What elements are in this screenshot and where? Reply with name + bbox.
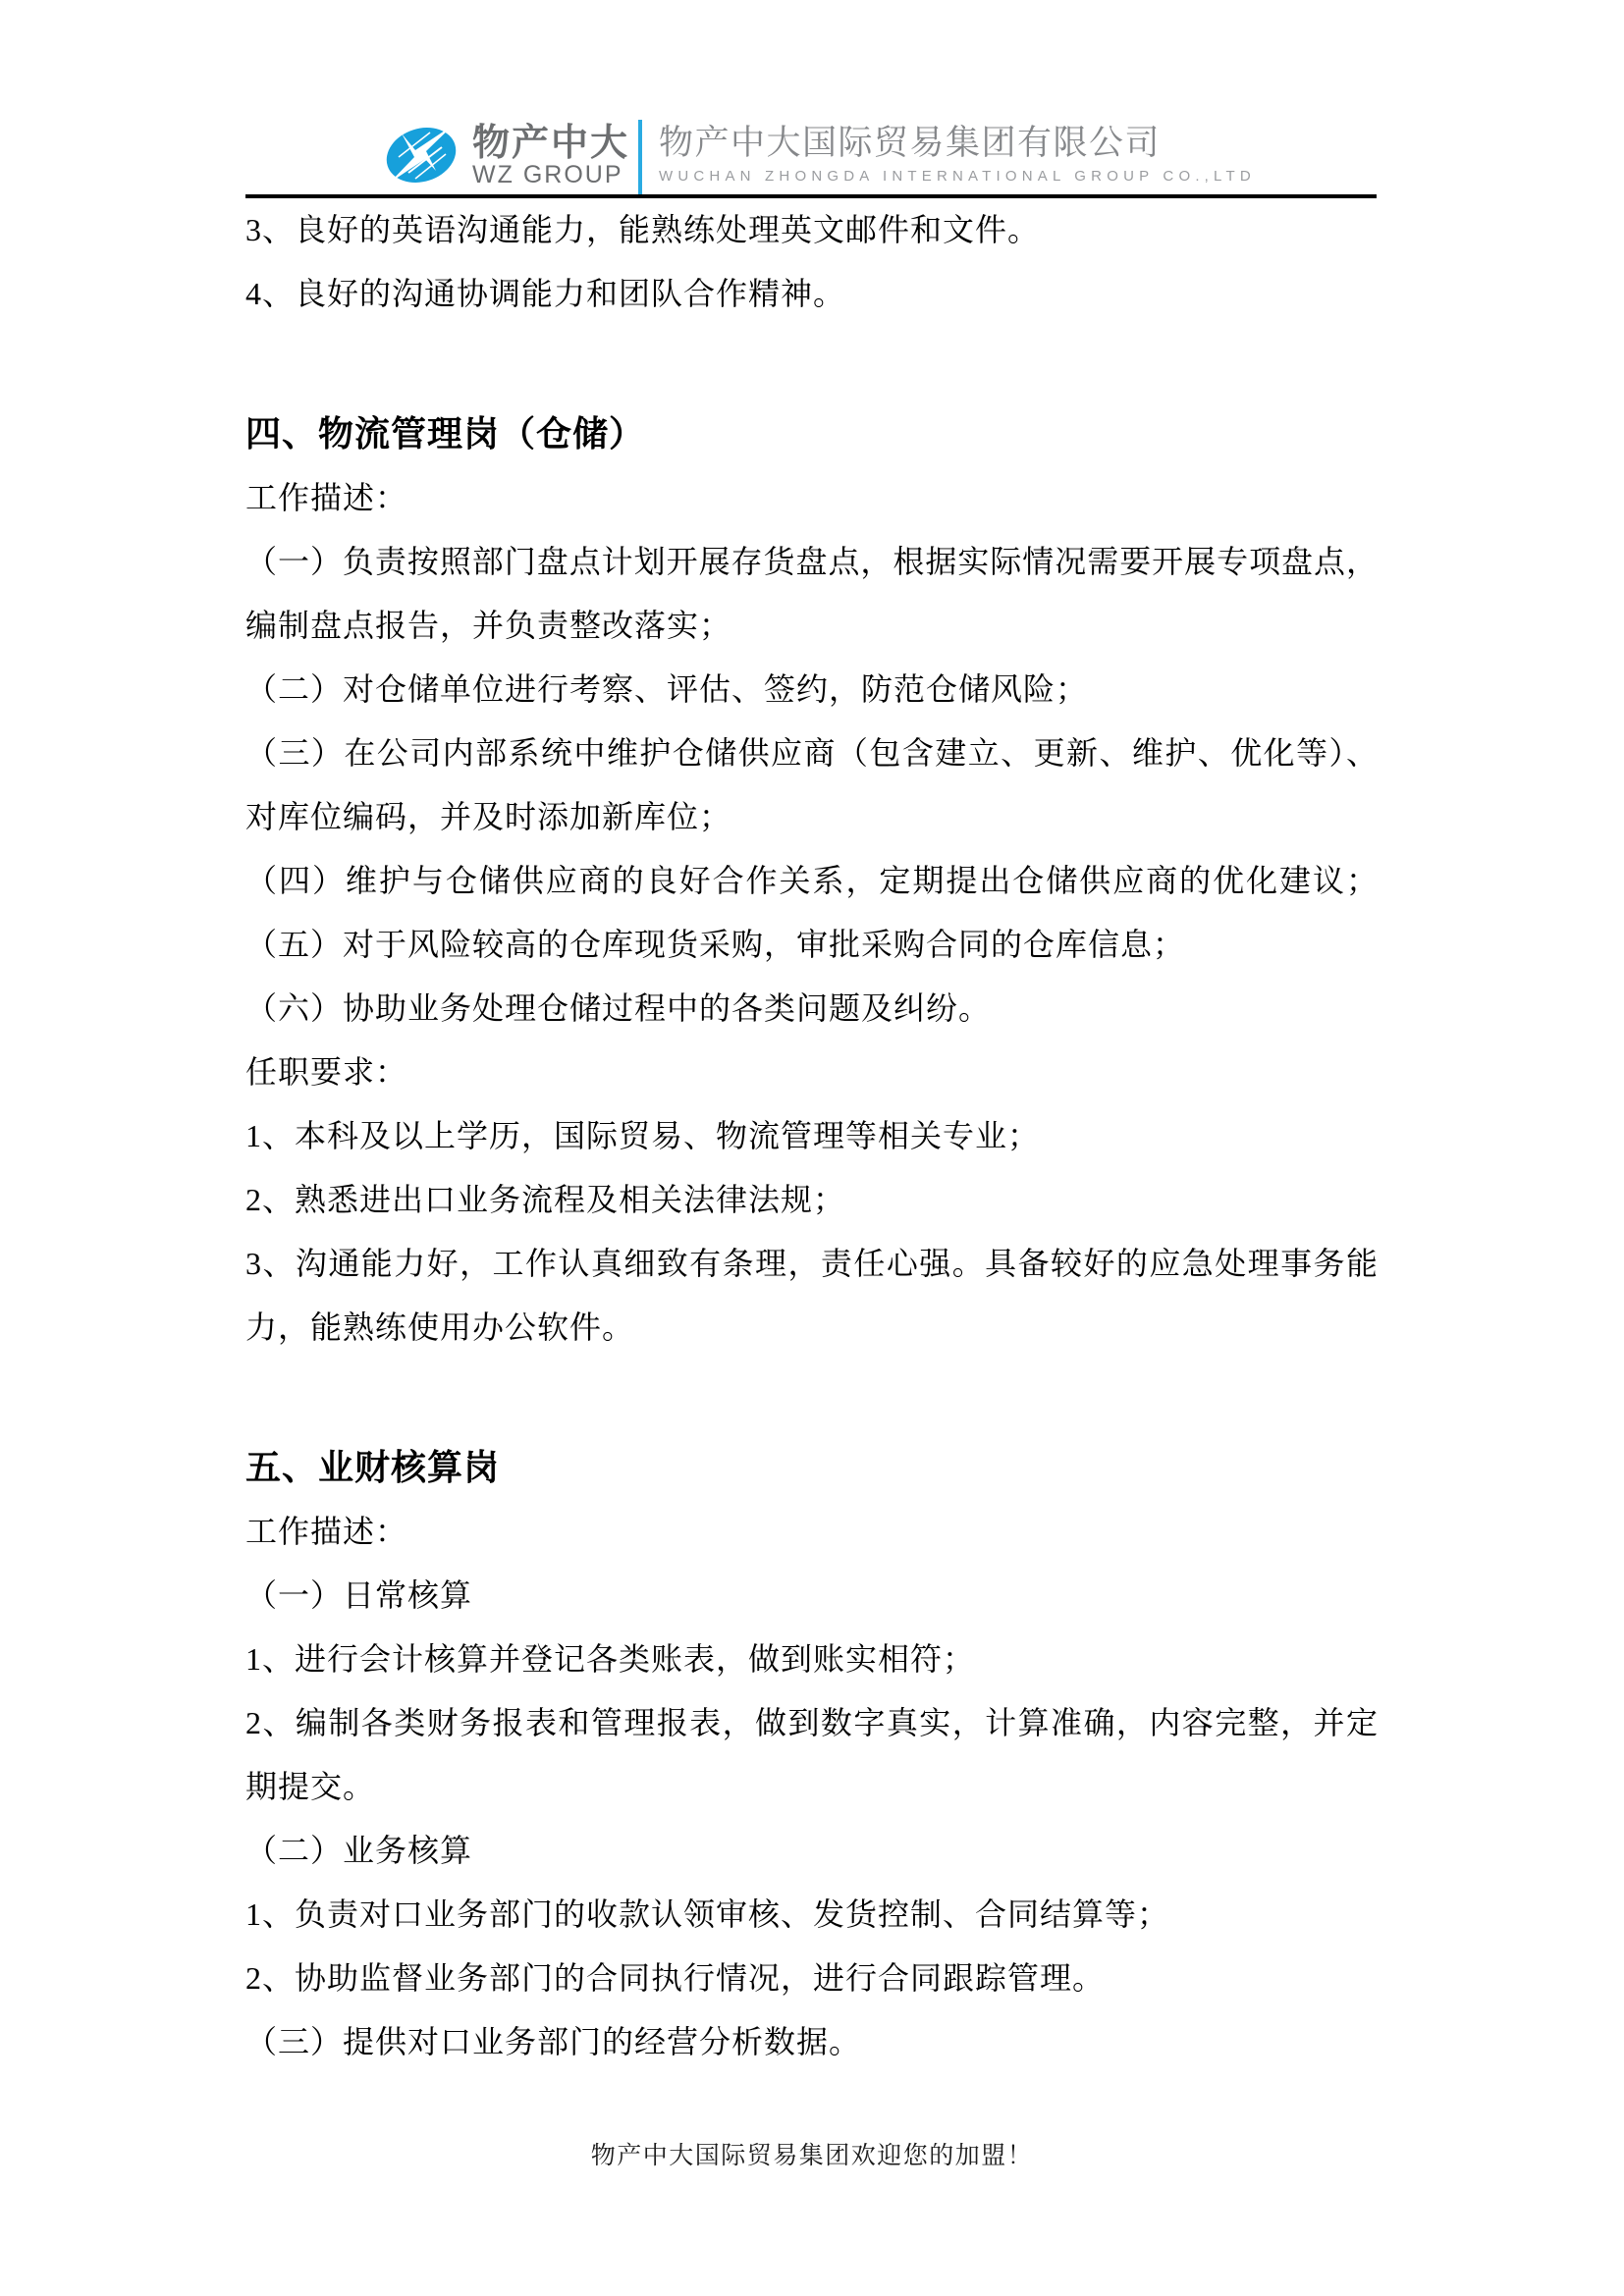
text-line: 4、良好的沟通协调能力和团队合作精神。 (245, 271, 1378, 316)
text-line: 2、协助监督业务部门的合同执行情况，进行合同跟踪管理。 (245, 1955, 1378, 2001)
wz-group-logo-icon (385, 124, 458, 187)
text-line: 编制盘点报告，并负责整改落实； (245, 603, 1378, 648)
text-line: 2、编制各类财务报表和管理报表，做到数字真实，计算准确，内容完整，并定 (245, 1700, 1378, 1745)
text-line: （二）业务核算 (245, 1828, 1378, 1873)
company-block: 物产中大国际贸易集团有限公司 WUCHAN ZHONGDA INTERNATIO… (659, 125, 1256, 185)
text-line: （一）日常核算 (245, 1573, 1378, 1618)
text-line: 3、沟通能力好，工作认真细致有条理，责任心强。具备较好的应急处理事务能 (245, 1241, 1378, 1286)
text-line: （二）对仓储单位进行考察、评估、签约，防范仓储风险； (245, 667, 1378, 712)
text-line: 1、进行会计核算并登记各类账表，做到账实相符； (245, 1636, 1378, 1682)
text-line: （五）对于风险较高的仓库现货采购，审批采购合同的仓库信息； (245, 922, 1378, 967)
text-line: （六）协助业务处理仓储过程中的各类问题及纠纷。 (245, 986, 1378, 1031)
text-line: 工作描述： (245, 1509, 1378, 1554)
text-line: 1、本科及以上学历，国际贸易、物流管理等相关专业； (245, 1113, 1378, 1158)
text-line: 3、良好的英语沟通能力，能熟练处理英文邮件和文件。 (245, 207, 1378, 252)
text-line: 对库位编码，并及时添加新库位； (245, 794, 1378, 839)
text-line: 1、负责对口业务部门的收款认领审核、发货控制、合同结算等； (245, 1892, 1378, 1937)
text-line: 2、熟悉进出口业务流程及相关法律法规； (245, 1177, 1378, 1222)
text-line: 期提交。 (245, 1764, 1378, 1809)
company-name-en: WUCHAN ZHONGDA INTERNATIONAL GROUP CO.,L… (659, 169, 1256, 185)
section-heading: 四、物流管理岗（仓储） (245, 411, 1378, 456)
text-line: 工作描述： (245, 475, 1378, 520)
company-name-cn: 物产中大国际贸易集团有限公司 (659, 125, 1256, 162)
brand-block: 物产中大 WZ GROUP (472, 124, 629, 187)
header-divider (638, 120, 642, 198)
text-line: （一）负责按照部门盘点计划开展存货盘点，根据实际情况需要开展专项盘点， (245, 539, 1378, 584)
text-line: 力，能熟练使用办公软件。 (245, 1305, 1378, 1350)
brand-name-cn: 物产中大 (472, 124, 629, 163)
section-heading: 五、业财核算岗 (245, 1445, 1378, 1490)
brand-name-en: WZ GROUP (472, 163, 629, 187)
text-line: （四）维护与仓储供应商的良好合作关系，定期提出仓储供应商的优化建议； (245, 858, 1378, 903)
text-line: 任职要求： (245, 1049, 1378, 1095)
document-page: 物产中大 WZ GROUP 物产中大国际贸易集团有限公司 WUCHAN ZHON… (0, 0, 1624, 2296)
header-rule (245, 194, 1377, 198)
footer-note: 物产中大国际贸易集团欢迎您的加盟！ (0, 2132, 1624, 2181)
text-line: （三）在公司内部系统中维护仓储供应商（包含建立、更新、维护、优化等）、 (245, 730, 1378, 775)
text-line: （三）提供对口业务部门的经营分析数据。 (245, 2019, 1378, 2064)
